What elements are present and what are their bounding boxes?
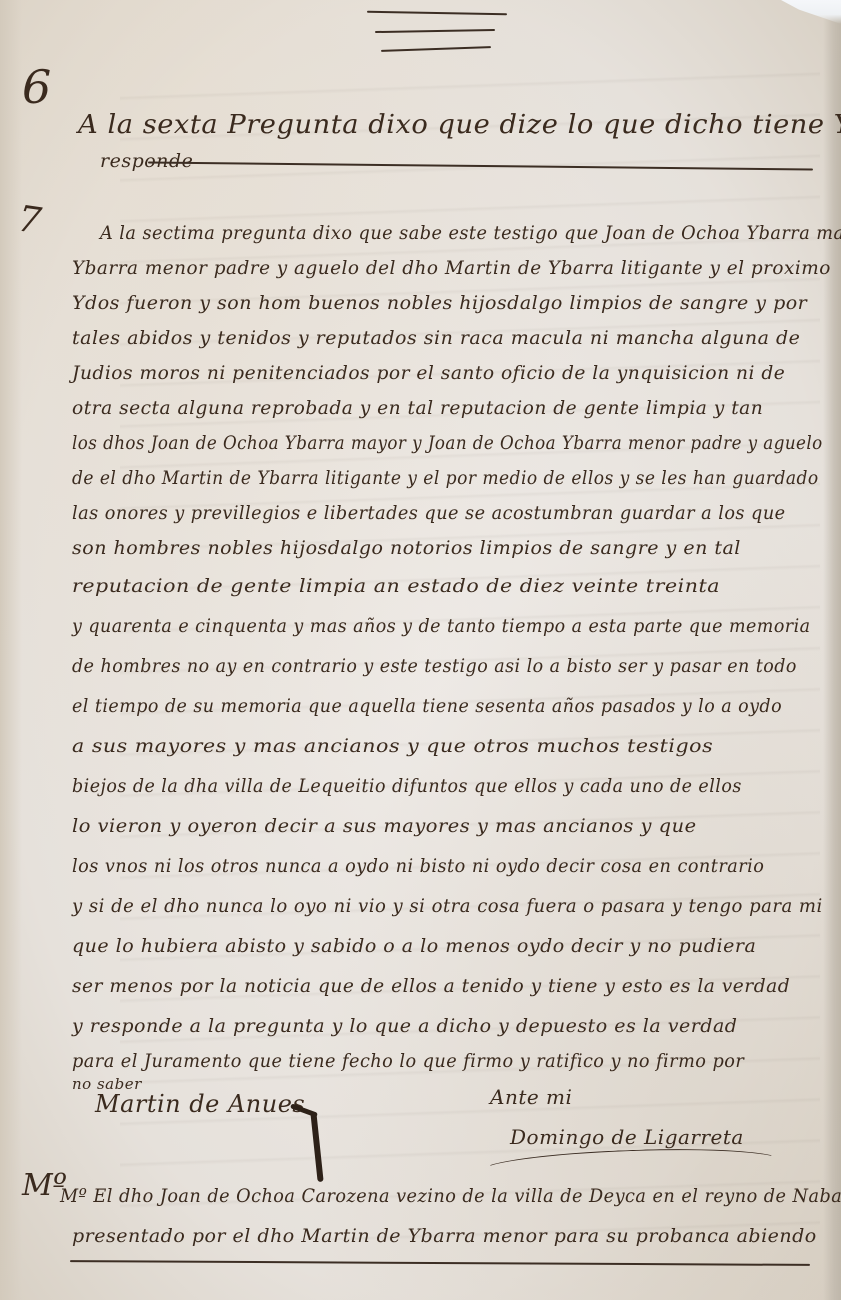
notary-signature: Domingo de Ligarreta [510,1125,744,1149]
manuscript-page: 6 7 A la sexta Pregunta dixo que dize lo… [0,0,841,1300]
body-line-2: Ybarra menor padre y aguelo del dho Mart… [72,257,831,279]
body-line-12: y quarenta e cinquenta y mas años y de t… [72,615,811,637]
page-edge-right [823,0,841,1300]
heading-underline [148,162,813,170]
decorative-strokes [365,8,515,56]
body-line-23: para el Juramento que tiene fecho lo que… [72,1050,744,1072]
torn-corner [781,0,841,24]
body-line-20: que lo hubiera abisto y sabido o a lo me… [72,935,756,957]
witness-signature: Martin de Anues [95,1090,305,1118]
margin-item-number-6: 6 [22,60,51,114]
body-line-16: biejos de la dha villa de Lequeitio difu… [72,775,742,797]
body-line-9: las onores y previllegios e libertades q… [72,502,786,524]
body-line-4: tales abidos y tenidos y reputados sin r… [72,327,800,349]
body-line-3: Ydos fueron y son hom buenos nobles hijo… [72,292,807,314]
notary-flourish [480,1145,783,1188]
body-line-22: y responde a la pregunta y lo que a dich… [72,1015,737,1037]
body-line-5: Judios moros ni penitenciados por el san… [72,362,785,384]
body-line-19: y si de el dho nunca lo oyo ni vio y si … [72,895,823,917]
body-line-11: reputacion de gente limpia an estado de … [72,575,720,597]
notary-ante-mi: Ante mi [490,1085,572,1109]
heading-line-1: A la sexta Pregunta dixo que dize lo que… [78,110,841,140]
body-line-18: los vnos ni los otros nunca a oydo ni bi… [72,855,764,877]
body-line-7: los dhos Joan de Ochoa Ybarra mayor y Jo… [72,432,823,454]
signature-rubric-stroke [310,1112,323,1182]
footer-line-1: Mº El dho Joan de Ochoa Carozena vezino … [60,1185,841,1207]
body-line-1: A la sectima pregunta dixo que sabe este… [100,222,841,244]
footer-rule [70,1260,810,1265]
margin-item-number-7: 7 [15,199,43,243]
footer-line-2: presentado por el dho Martin de Ybarra m… [72,1225,817,1247]
body-line-21: ser menos por la noticia que de ellos a … [72,975,790,997]
body-line-14: el tiempo de su memoria que aquella tien… [72,695,782,717]
body-line-6: otra secta alguna reprobada y en tal rep… [72,397,763,419]
body-line-15: a sus mayores y mas ancianos y que otros… [72,735,713,757]
body-line-13: de hombres no ay en contrario y este tes… [72,655,797,677]
body-line-17: lo vieron y oyeron decir a sus mayores y… [72,815,697,837]
body-line-8: de el dho Martin de Ybarra litigante y e… [72,467,819,489]
page-edge-left [0,0,22,1300]
body-line-10: son hombres nobles hijosdalgo notorios l… [72,537,741,559]
